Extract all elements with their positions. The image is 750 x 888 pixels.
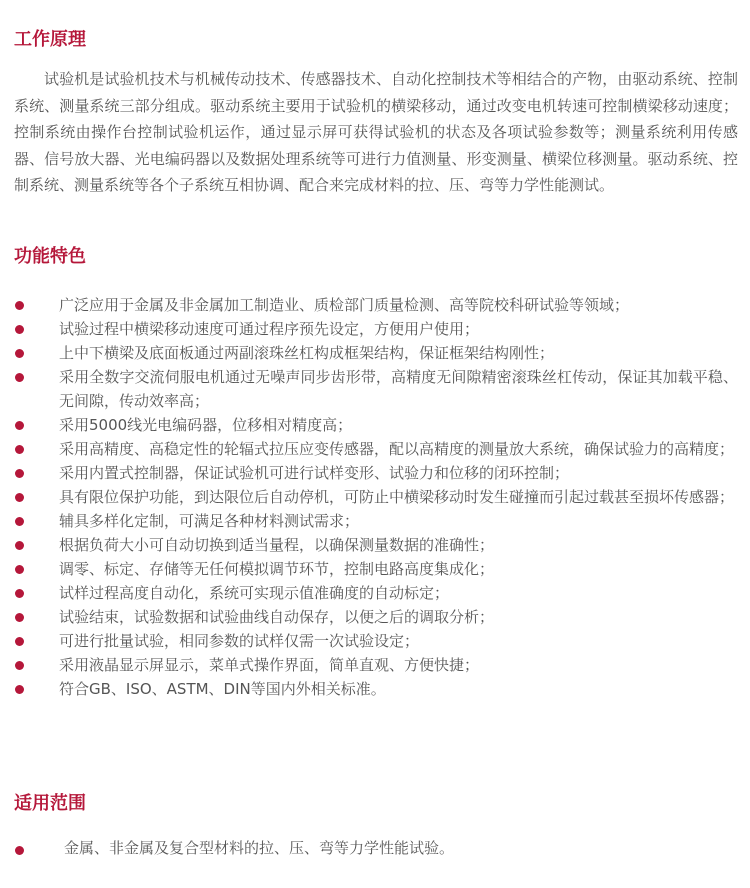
bullet-dot-icon	[15, 445, 24, 454]
feature-text: 采用全数字交流伺服电机通过无噪声同步齿形带，高精度无间隙精密滚珠丝杠传动，保证其…	[59, 368, 738, 410]
list-item: 采用全数字交流伺服电机通过无噪声同步齿形带，高精度无间隙精密滚珠丝杠传动，保证其…	[0, 365, 750, 413]
scope-text: 金属、非金属及复合型材料的拉、压、弯等力学性能试验。	[64, 839, 454, 857]
list-item: 广泛应用于金属及非金属加工制造业、质检部门质量检测、高等院校科研试验等领域；	[0, 293, 750, 317]
feature-text: 试验过程中横梁移动速度可通过程序预先设定，方便用户使用；	[59, 320, 479, 338]
list-item: 符合GB、ISO、ASTM、DIN等国内外相关标准。	[0, 677, 750, 701]
bullet-dot-icon	[15, 493, 24, 502]
list-item: 调零、标定、存储等无任何模拟调节环节，控制电路高度集成化；	[0, 557, 750, 581]
section-title-features: 功能特色	[14, 246, 86, 268]
feature-text: 试样过程高度自动化，系统可实现示值准确度的自动标定；	[59, 584, 449, 602]
bullet-dot-icon	[15, 517, 24, 526]
feature-text: 具有限位保护功能，到达限位后自动停机，可防止中横梁移动时发生碰撞而引起过载甚至损…	[59, 488, 734, 506]
bullet-dot-icon	[15, 301, 24, 310]
bullet-dot-icon	[15, 421, 24, 430]
list-item: 采用内置式控制器，保证试验机可进行试样变形、试验力和位移的闭环控制；	[0, 461, 750, 485]
bullet-dot-icon	[15, 349, 24, 358]
list-item: 根据负荷大小可自动切换到适当量程，以确保测量数据的准确性；	[0, 533, 750, 557]
feature-text: 调零、标定、存储等无任何模拟调节环节，控制电路高度集成化；	[59, 560, 494, 578]
feature-text: 广泛应用于金属及非金属加工制造业、质检部门质量检测、高等院校科研试验等领域；	[59, 296, 629, 314]
section-title-principle: 工作原理	[14, 29, 86, 51]
bullet-dot-icon	[15, 846, 24, 855]
list-item: 采用高精度、高稳定性的轮辐式拉压应变传感器，配以高精度的测量放大系统，确保试验力…	[0, 437, 750, 461]
list-item: 试样过程高度自动化，系统可实现示值准确度的自动标定；	[0, 581, 750, 605]
list-item: 金属、非金属及复合型材料的拉、压、弯等力学性能试验。	[0, 836, 750, 860]
list-item: 采用5000线光电编码器，位移相对精度高；	[0, 413, 750, 437]
feature-text: 辅具多样化定制，可满足各种材料测试需求；	[59, 512, 359, 530]
bullet-dot-icon	[15, 589, 24, 598]
bullet-dot-icon	[15, 613, 24, 622]
list-item: 采用液晶显示屏显示，菜单式操作界面，简单直观、方便快捷；	[0, 653, 750, 677]
feature-text: 试验结束，试验数据和试验曲线自动保存，以便之后的调取分析；	[59, 608, 494, 626]
bullet-dot-icon	[15, 685, 24, 694]
bullet-dot-icon	[15, 637, 24, 646]
bullet-dot-icon	[15, 541, 24, 550]
feature-text: 采用高精度、高稳定性的轮辐式拉压应变传感器，配以高精度的测量放大系统，确保试验力…	[59, 440, 734, 458]
feature-text: 采用5000线光电编码器，位移相对精度高；	[59, 416, 352, 434]
feature-text: 采用液晶显示屏显示，菜单式操作界面，简单直观、方便快捷；	[59, 656, 479, 674]
scope-list: 金属、非金属及复合型材料的拉、压、弯等力学性能试验。	[0, 836, 750, 860]
feature-text: 可进行批量试验，相同参数的试样仅需一次试验设定；	[59, 632, 419, 650]
list-item: 具有限位保护功能，到达限位后自动停机，可防止中横梁移动时发生碰撞而引起过载甚至损…	[0, 485, 750, 509]
bullet-dot-icon	[15, 373, 24, 382]
principle-paragraph: 试验机是试验机技术与机械传动技术、传感器技术、自动化控制技术等相结合的产物，由驱…	[14, 66, 738, 199]
feature-text: 根据负荷大小可自动切换到适当量程，以确保测量数据的准确性；	[59, 536, 494, 554]
list-item: 可进行批量试验，相同参数的试样仅需一次试验设定；	[0, 629, 750, 653]
list-item: 辅具多样化定制，可满足各种材料测试需求；	[0, 509, 750, 533]
list-item: 试验结束，试验数据和试验曲线自动保存，以便之后的调取分析；	[0, 605, 750, 629]
feature-text: 上中下横梁及底面板通过两副滚珠丝杠构成框架结构，保证框架结构刚性；	[59, 344, 554, 362]
feature-text: 采用内置式控制器，保证试验机可进行试样变形、试验力和位移的闭环控制；	[59, 464, 569, 482]
bullet-dot-icon	[15, 325, 24, 334]
bullet-dot-icon	[15, 469, 24, 478]
features-list: 广泛应用于金属及非金属加工制造业、质检部门质量检测、高等院校科研试验等领域； 试…	[0, 293, 750, 701]
section-title-scope: 适用范围	[14, 793, 86, 815]
feature-text: 符合GB、ISO、ASTM、DIN等国内外相关标准。	[59, 680, 386, 698]
list-item: 上中下横梁及底面板通过两副滚珠丝杠构成框架结构，保证框架结构刚性；	[0, 341, 750, 365]
bullet-dot-icon	[15, 565, 24, 574]
list-item: 试验过程中横梁移动速度可通过程序预先设定，方便用户使用；	[0, 317, 750, 341]
bullet-dot-icon	[15, 661, 24, 670]
